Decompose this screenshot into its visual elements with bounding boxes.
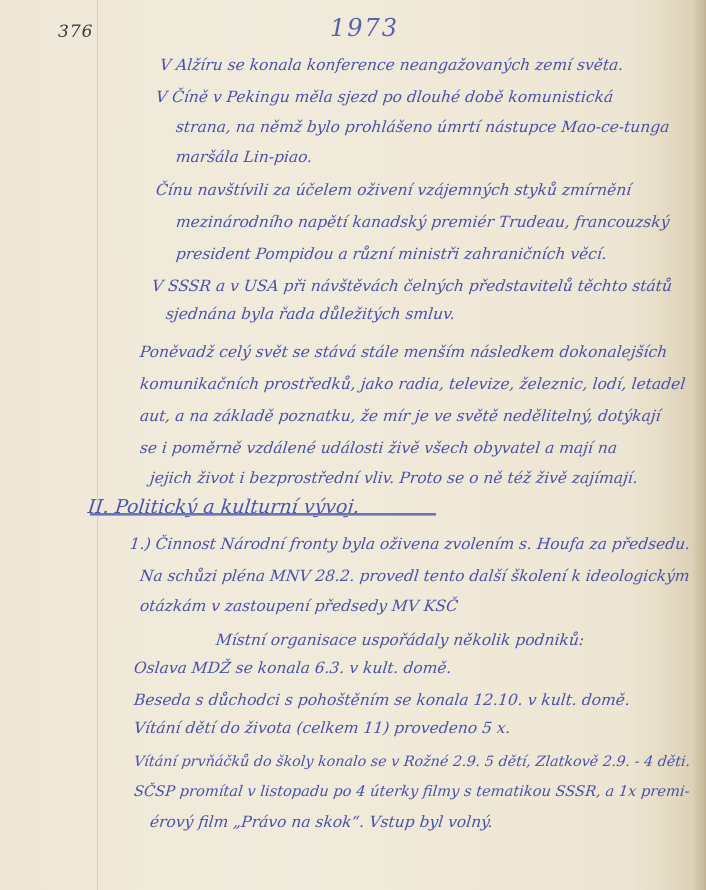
text-line: Na schůzi pléna MNV 28.2. provedl tento … <box>139 566 691 586</box>
chronicle-page: 376 1973 V Alžíru se konala konference n… <box>0 0 706 890</box>
binding-edge <box>692 0 706 890</box>
text-line: aut, a na základě poznatku, že mír je ve… <box>139 406 662 426</box>
text-line: V SSSR a v USA při návštěvách čelných př… <box>151 276 673 296</box>
text-line: strana, na němž bylo prohlášeno úmrtí ná… <box>175 117 671 137</box>
year-heading: 1973 <box>330 14 399 42</box>
text-line: maršála Lin-piao. <box>175 147 313 167</box>
text-line: se i poměrně vzdálené události živě všec… <box>139 438 618 458</box>
text-line: Poněvadž celý svět se stává stále menším… <box>139 342 668 362</box>
text-line: jejich život i bezprostřední vliv. Proto… <box>149 468 639 488</box>
text-line: komunikačních prostředků, jako radia, te… <box>139 374 686 394</box>
text-line: Místní organisace uspořádaly několik pod… <box>215 630 585 650</box>
text-line: Beseda s důchodci s pohoštěním se konala… <box>133 690 631 710</box>
text-line: Čínu navštívili za účelem oživení vzájem… <box>155 180 632 200</box>
text-line: érový film „Právo na skok“. Vstup byl vo… <box>149 812 494 832</box>
text-line: sjednána byla řada důležitých smluv. <box>165 304 456 324</box>
text-line: Vítání prvňáčků do školy konalo se v Rož… <box>133 752 691 772</box>
text-line: mezinárodního napětí kanadský premiér Tr… <box>175 212 671 232</box>
text-line: 1.) Činnost Národní fronty byla oživena … <box>129 534 691 554</box>
text-line: Vítání dětí do života (celkem 11) proved… <box>133 718 512 738</box>
heading-underline <box>90 513 436 516</box>
text-line: SČSP promítal v listopadu po 4 úterky fi… <box>133 782 691 802</box>
text-line: V Číně v Pekingu měla sjezd po dlouhé do… <box>155 87 614 107</box>
text-line: V Alžíru se konala konference neangažova… <box>159 55 624 75</box>
margin-rule <box>97 0 98 890</box>
page-number: 376 <box>58 22 93 42</box>
text-line: president Pompidou a různí ministři zahr… <box>175 244 608 264</box>
text-line: Oslava MDŽ se konala 6.3. v kult. domě. <box>133 658 453 678</box>
text-line: otázkám v zastoupení předsedy MV KSČ <box>139 596 459 616</box>
